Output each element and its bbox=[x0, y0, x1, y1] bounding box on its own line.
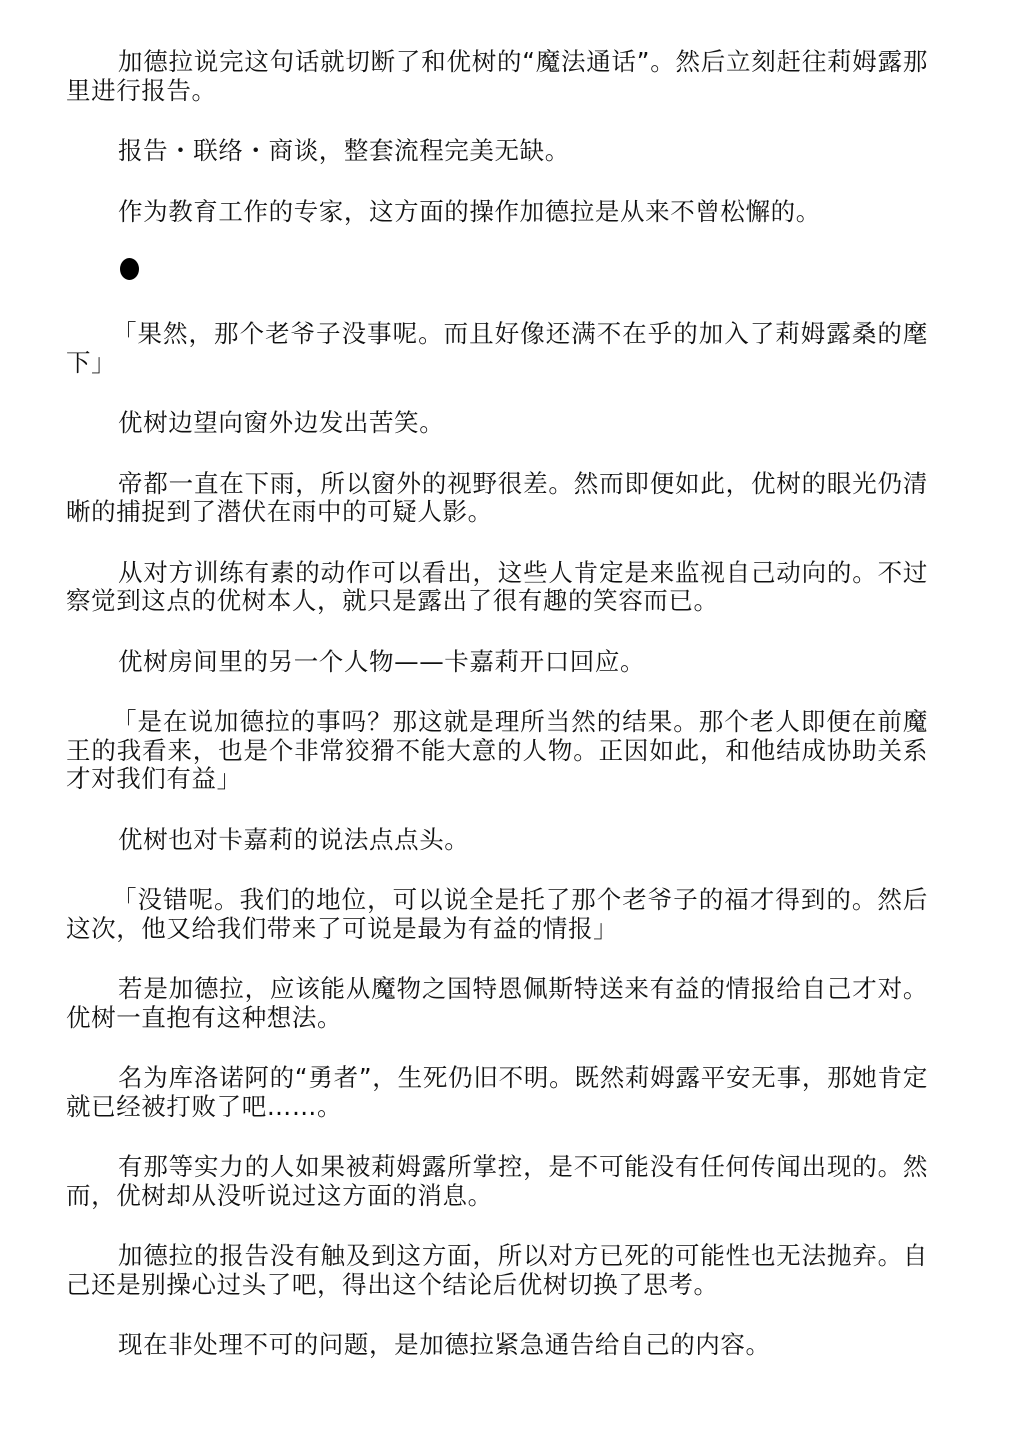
paragraph: 若是加德拉，应该能从魔物之国特恩佩斯特送来有益的情报给自己才对。优树一直抱有这种… bbox=[66, 975, 928, 1032]
dialogue-paragraph: 「是在说加德拉的事吗？那这就是理所当然的结果。那个老人即便在前魔王的我看来，也是… bbox=[66, 708, 928, 794]
dialogue-paragraph: 「没错呢。我们的地位，可以说全是托了那个老爷子的福才得到的。然后这次，他又给我们… bbox=[66, 886, 928, 943]
paragraph: 帝都一直在下雨，所以窗外的视野很差。然而即便如此，优树的眼光仍清晰的捕捉到了潜伏… bbox=[66, 470, 928, 527]
paragraph: 有那等实力的人如果被莉姆露所掌控，是不可能没有任何传闻出现的。然而，优树却从没听… bbox=[66, 1153, 928, 1210]
paragraph: 加德拉说完这句话就切断了和优树的“魔法通话”。然后立刻赶往莉姆露那里进行报告。 bbox=[66, 48, 928, 105]
paragraph: 作为教育工作的专家，这方面的操作加德拉是从来不曾松懈的。 bbox=[66, 198, 928, 227]
paragraph: 现在非处理不可的问题，是加德拉紧急通告给自己的内容。 bbox=[66, 1331, 928, 1360]
paragraph: 优树也对卡嘉莉的说法点点头。 bbox=[66, 826, 928, 855]
paragraph: 优树边望向窗外边发出苦笑。 bbox=[66, 409, 928, 438]
paragraph: 报告・联络・商谈，整套流程完美无缺。 bbox=[66, 137, 928, 166]
paragraph: 优树房间里的另一个人物——卡嘉莉开口回应。 bbox=[66, 648, 928, 677]
paragraph: 从对方训练有素的动作可以看出，这些人肯定是来监视自己动向的。不过察觉到这点的优树… bbox=[66, 559, 928, 616]
dialogue-paragraph: 「果然，那个老爷子没事呢。而且好像还满不在乎的加入了莉姆露桑的麾下」 bbox=[66, 320, 928, 377]
document-page: 加德拉说完这句话就切断了和优树的“魔法通话”。然后立刻赶往莉姆露那里进行报告。 … bbox=[66, 48, 928, 1392]
paragraph: 名为库洛诺阿的“勇者”，生死仍旧不明。既然莉姆露平安无事，那她肯定就已经被打败了… bbox=[66, 1064, 928, 1121]
section-separator-bullet-icon bbox=[120, 258, 139, 280]
paragraph: 加德拉的报告没有触及到这方面，所以对方已死的可能性也无法抛弃。自己还是别操心过头… bbox=[66, 1242, 928, 1299]
